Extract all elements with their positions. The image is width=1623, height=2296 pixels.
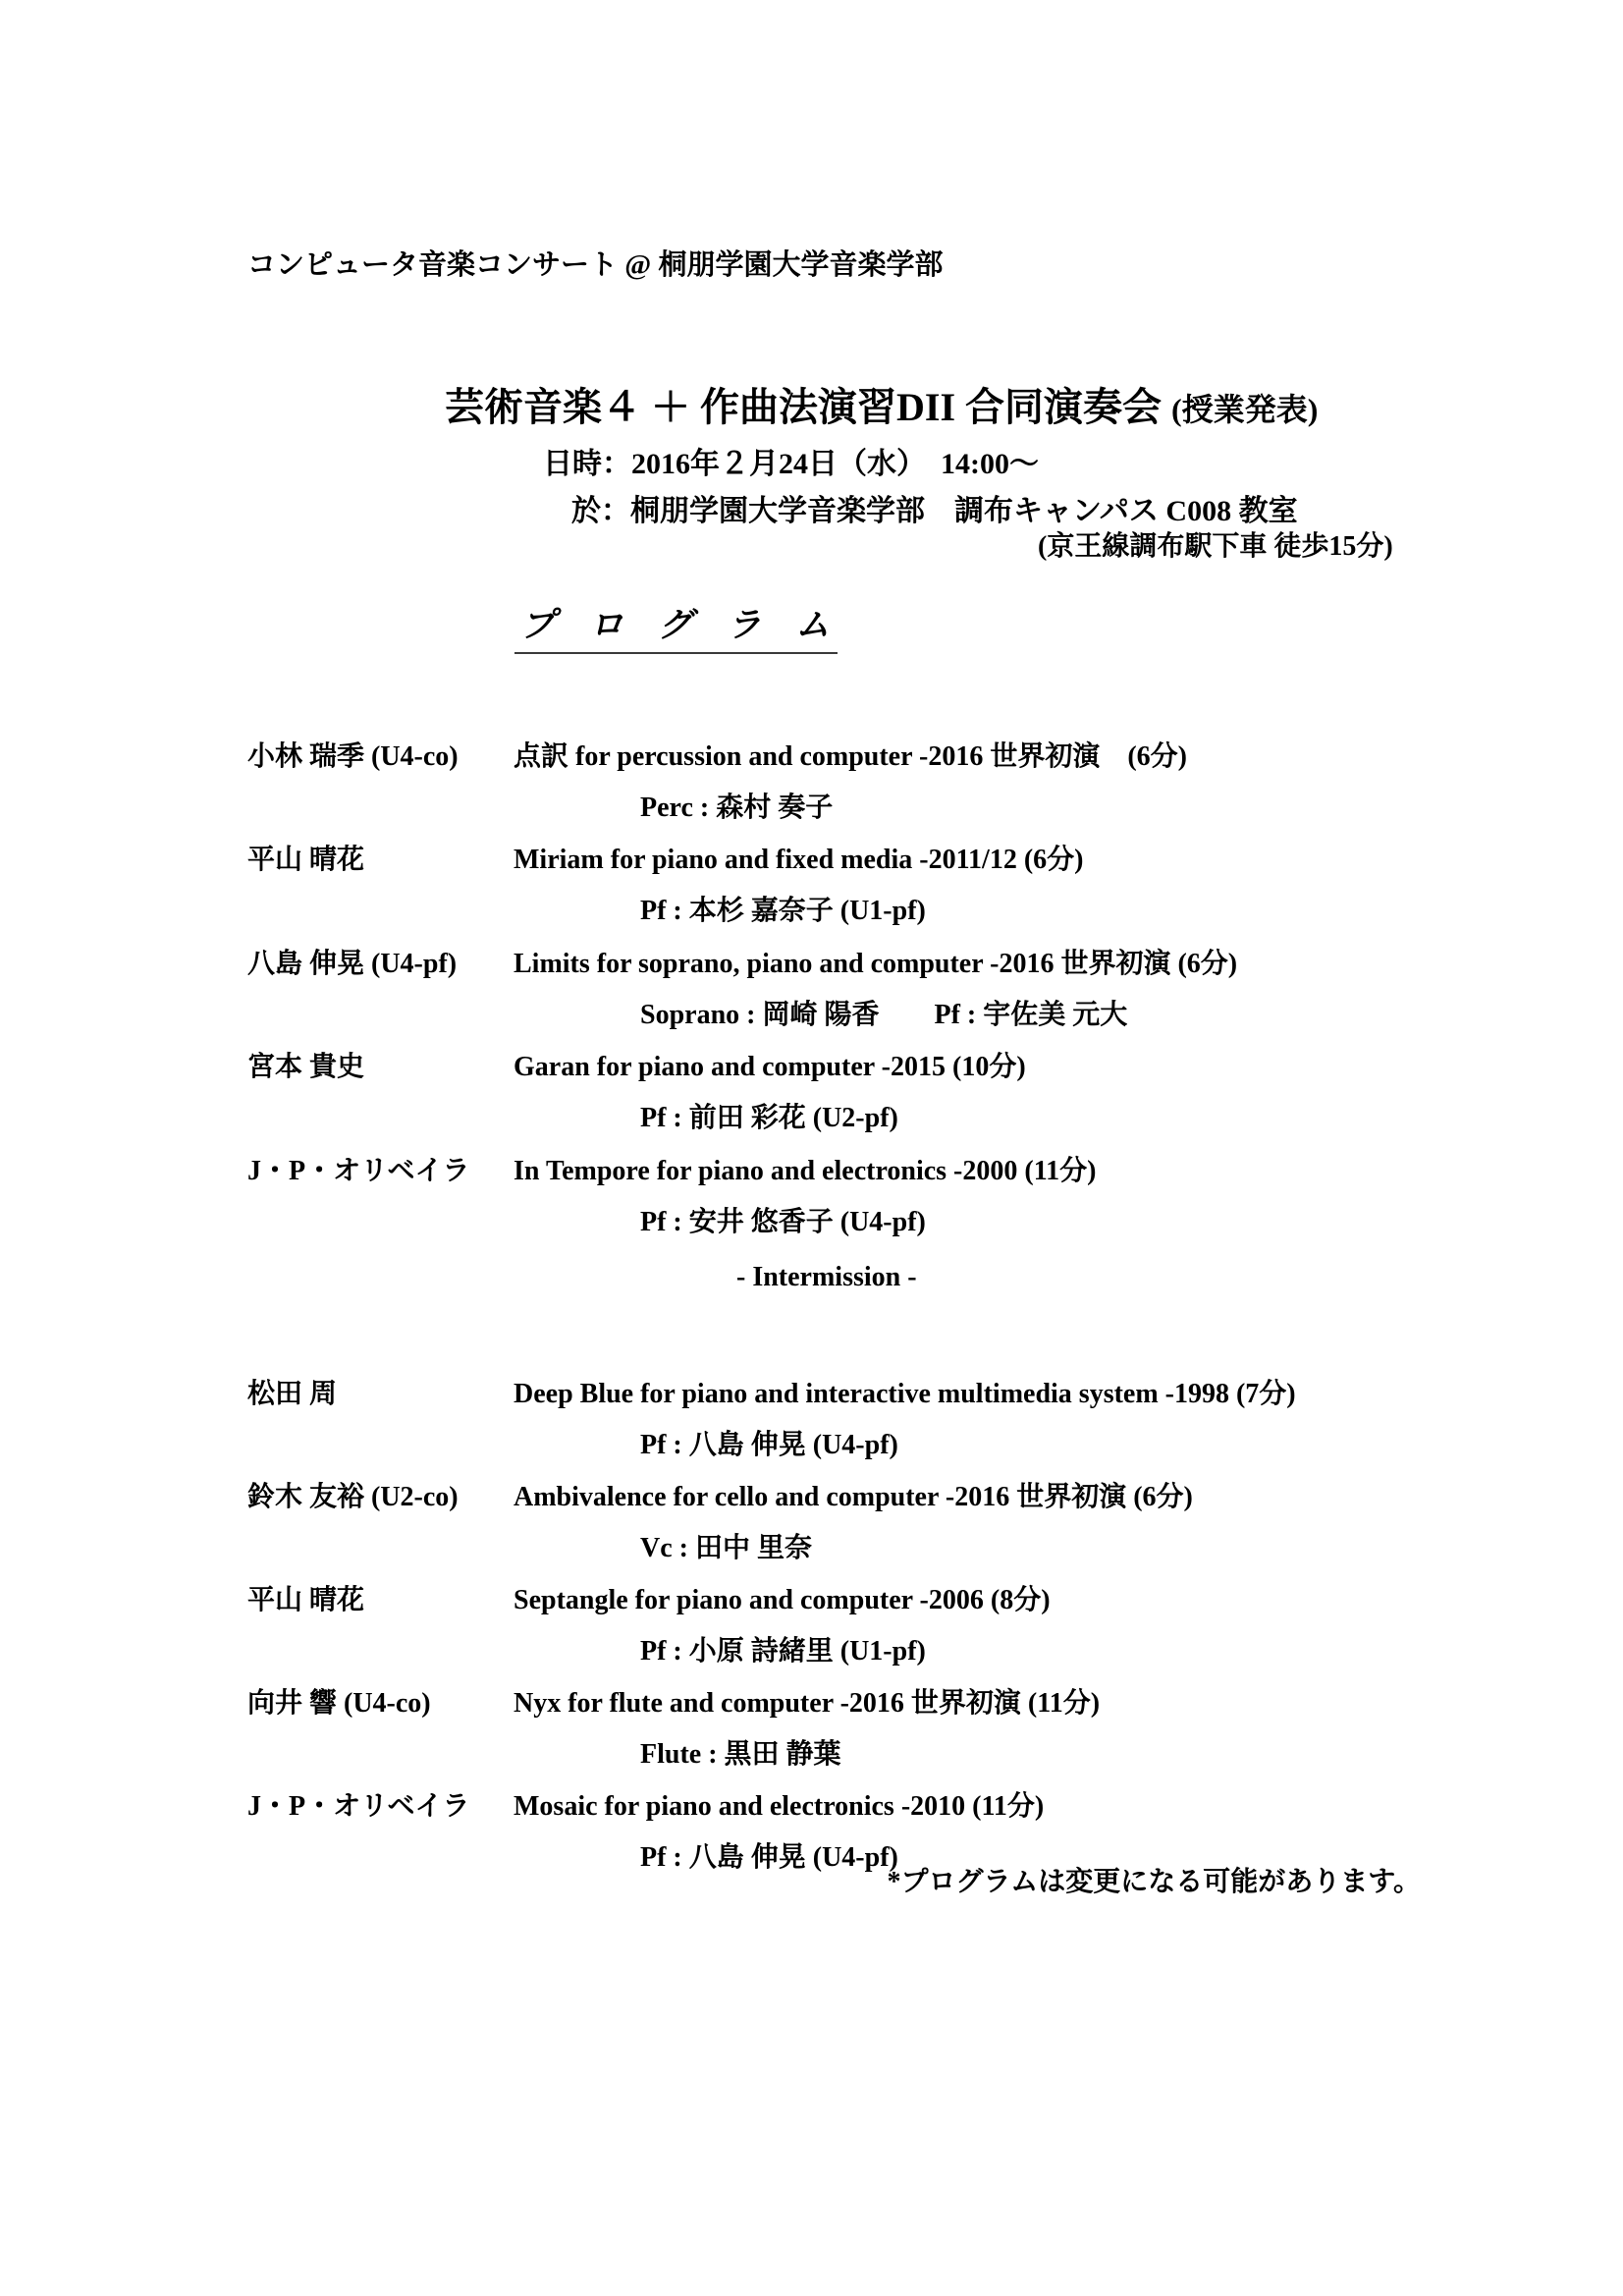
concert-title: 芸術音楽４ ＋ 作曲法演習DII 合同演奏会 (授業発表) (445, 376, 1318, 432)
program-entry-5: J・P・オリベイラ In Tempore for piano and elect… (0, 1149, 1623, 1242)
program-entry-8: 平山 晴花 Septangle for piano and computer -… (0, 1578, 1623, 1671)
piece-title: Septangle for piano and computer -2006 (… (514, 1578, 1051, 1617)
composer-name: 平山 晴花 (247, 838, 364, 877)
performers: Vc : 田中 里奈 (640, 1526, 812, 1565)
performers: Pf : 本杉 嘉奈子 (U1-pf) (640, 889, 926, 928)
intermission-label: - Intermission - (736, 1262, 917, 1293)
composer-name: 八島 伸晃 (U4-pf) (247, 942, 457, 981)
program-entry-2: 平山 晴花 Miriam for piano and fixed media -… (0, 838, 1623, 931)
piece-title: Mosaic for piano and electronics -2010 (… (514, 1784, 1044, 1824)
piece-title: Limits for soprano, piano and computer -… (514, 942, 1237, 981)
program-entry-7: 鈴木 友裕 (U2-co) Ambivalence for cello and … (0, 1475, 1623, 1568)
piece-title: Ambivalence for cello and computer -2016… (514, 1475, 1193, 1514)
program-change-footnote: *プログラムは変更になる可能があります。 (888, 1860, 1421, 1899)
composer-name: 向井 響 (U4-co) (247, 1681, 431, 1721)
program-heading: プ ロ グ ラ ム (514, 598, 838, 654)
performers: Pf : 小原 詩緒里 (U1-pf) (640, 1629, 926, 1668)
piece-title: Miriam for piano and fixed media -2011/1… (514, 838, 1083, 877)
performers: Flute : 黒田 静葉 (640, 1732, 841, 1772)
piece-title: 点訳 for percussion and computer -2016 世界初… (514, 735, 1187, 774)
program-entry-6: 松田 周 Deep Blue for piano and interactive… (0, 1372, 1623, 1465)
performers: Pf : 八島 伸晃 (U4-pf) (640, 1835, 898, 1875)
concert-program-page: コンピュータ音楽コンサート @ 桐朋学園大学音楽学部 芸術音楽４ ＋ 作曲法演習… (0, 0, 1623, 2296)
access-line: (京王線調布駅下車 徒歩15分) (1038, 524, 1393, 564)
piece-title: Nyx for flute and computer -2016 世界初演 (1… (514, 1681, 1100, 1721)
program-entry-3: 八島 伸晃 (U4-pf) Limits for soprano, piano … (0, 942, 1623, 1035)
concert-title-suffix: (授業発表) (1171, 392, 1318, 427)
piece-title: Garan for piano and computer -2015 (10分) (514, 1045, 1026, 1084)
program-entry-9: 向井 響 (U4-co) Nyx for flute and computer … (0, 1681, 1623, 1775)
performers: Perc : 森村 奏子 (640, 786, 833, 825)
composer-name: 松田 周 (247, 1372, 337, 1411)
performers: Soprano : 岡崎 陽香 Pf : 宇佐美 元大 (640, 993, 1127, 1032)
page-header: コンピュータ音楽コンサート @ 桐朋学園大学音楽学部 (247, 243, 943, 283)
program-entry-1: 小林 瑞季 (U4-co) 点訳 for percussion and comp… (0, 735, 1623, 828)
piece-title: In Tempore for piano and electronics -20… (514, 1149, 1096, 1188)
venue-line: 於：桐朋学園大学音楽学部 調布キャンパス C008 教室 (571, 486, 1298, 529)
performers: Pf : 安井 悠香子 (U4-pf) (640, 1200, 926, 1239)
composer-name: 宮本 貴史 (247, 1045, 364, 1084)
composer-name: 鈴木 友裕 (U2-co) (247, 1475, 459, 1514)
composer-name: J・P・オリベイラ (247, 1149, 470, 1188)
program-entry-4: 宮本 貴史 Garan for piano and computer -2015… (0, 1045, 1623, 1138)
performers: Pf : 八島 伸晃 (U4-pf) (640, 1423, 898, 1462)
piece-title: Deep Blue for piano and interactive mult… (514, 1372, 1296, 1411)
composer-name: 平山 晴花 (247, 1578, 364, 1617)
concert-title-main: 芸術音楽４ ＋ 作曲法演習DII 合同演奏会 (445, 385, 1171, 429)
composer-name: J・P・オリベイラ (247, 1784, 470, 1824)
performers: Pf : 前田 彩花 (U2-pf) (640, 1096, 898, 1135)
composer-name: 小林 瑞季 (U4-co) (247, 735, 459, 774)
datetime-line: 日時：2016年２月24日（水） 14:00〜 (543, 439, 1039, 482)
